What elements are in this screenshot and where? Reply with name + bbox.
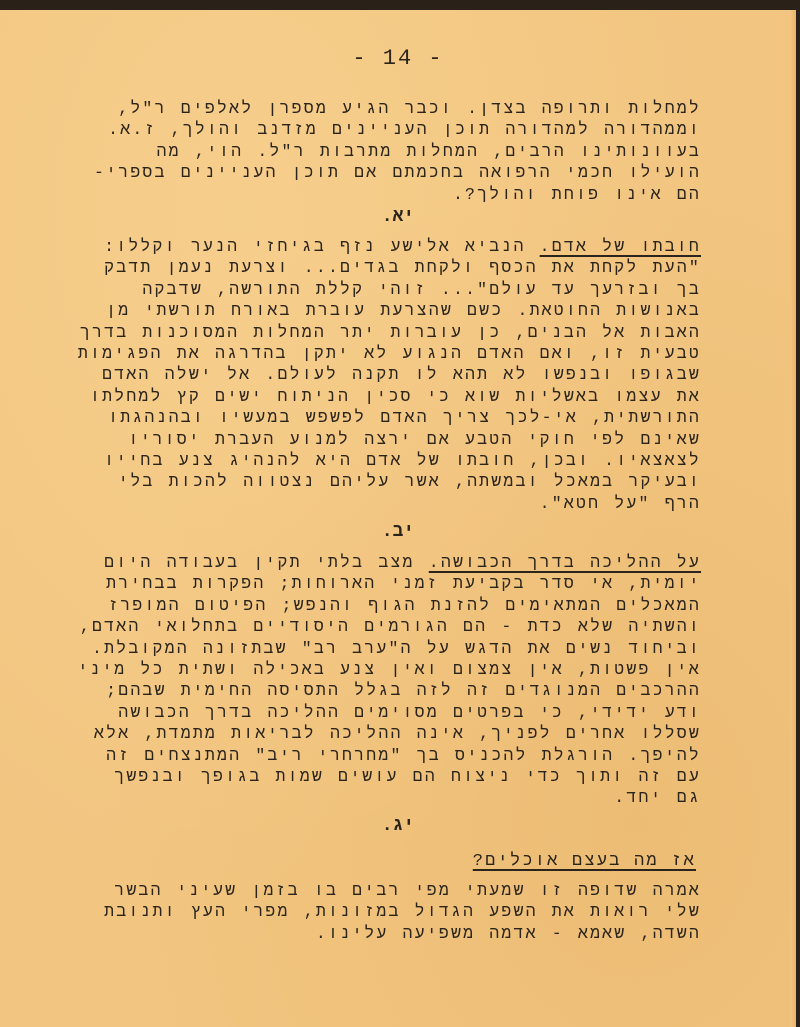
text-line: שלי רואות את השפע הגדול במזונות, מפרי הע… — [101, 901, 701, 922]
text-line: ההרכבים המנוגדים זה לזה בגלל התסיסה החימ… — [101, 680, 701, 701]
text-line: את עצמו באשליות שוא כי סכין הניתוח ישים … — [101, 386, 701, 407]
section-heading-11: יא. — [0, 207, 796, 227]
text-line: השדה, שאמא - אדמה משפיעה עלינו. — [101, 923, 701, 944]
text-line: בעוונותינו הרבים, המחלות מתרבות ר"ל. הוי… — [101, 141, 701, 162]
text-line: הרף "על חטא". — [101, 493, 701, 514]
text-line: הם אינו פוחת והולך?. — [101, 184, 701, 205]
section-title: חובתו של אדם. — [540, 237, 701, 256]
text-line: גם יחד. — [101, 787, 701, 808]
text-line: שבגופו ובנפשו לא תהא לו תקנה לעולם. אל י… — [101, 364, 701, 385]
page-number: - 14 - — [0, 46, 796, 71]
section-13-paragraph: אמרה שדופה זו שמעתי מפי רבים בו בזמן שעי… — [101, 880, 701, 944]
text-line: בך ובזרעך עד עולם"... זוהי קללת התורשה, … — [101, 279, 701, 300]
section-title: על ההליכה בדרך הכבושה. — [429, 553, 701, 572]
section-11-paragraph: חובתו של אדם. הנביא אלישע נזף בגיחזי הנע… — [101, 236, 701, 514]
text-line: הועילו חכמי הרפואה בחכמתם אם תוכן העניינ… — [101, 162, 701, 183]
text-line: עם זה ותוך כדי ניצוח הם עושים שמות בגופך… — [101, 766, 701, 787]
text-line: טבעית זו, ואם האדם הנגוע לא יתקן בהדרגה … — [101, 343, 701, 364]
text-line: האבות אל הבנים, כן עוברות יתר המחלות המס… — [101, 322, 701, 343]
section-heading-12: יב. — [0, 522, 796, 542]
text-fragment: הנביא אלישע נזף בגיחזי הנער וקללו: — [104, 237, 540, 256]
text-line: המאכלים המתאימים להזנת הגוף והנפש; הפיטו… — [101, 595, 701, 616]
text-line: "העת לקחת את הכסף ולקחת בגדים... וצרעת נ… — [101, 257, 701, 278]
text-line: וממהדורה למהדורה תוכן העניינים מזדנב והו… — [101, 119, 701, 140]
text-line: שאינם לפי חוקי הטבע אם ירצה למנוע העברת … — [101, 429, 701, 450]
text-line: חובתו של אדם. הנביא אלישע נזף בגיחזי הנע… — [101, 236, 701, 257]
text-line: על ההליכה בדרך הכבושה. מצב בלתי תקין בעב… — [101, 552, 701, 573]
section-heading-13: יג. — [0, 816, 796, 836]
section-12-paragraph: על ההליכה בדרך הכבושה. מצב בלתי תקין בעב… — [101, 552, 701, 809]
text-line: ובעיקר במאכל ובמשתה, אשר עליהם נצטווה לה… — [101, 471, 701, 492]
text-line: למחלות ותרופה בצדן. וכבר הגיע מספרן לאלפ… — [101, 98, 701, 119]
text-line: שסללו אחרים לפניך, אינה ההליכה לבריאות מ… — [101, 723, 701, 744]
text-line: והשתיה שלא כדת - הם הגורמים היסודיים בתח… — [101, 616, 701, 637]
text-line: ודע ידידי, כי בפרטים מסוימים ההליכה בדרך… — [101, 702, 701, 723]
page-edge — [790, 10, 796, 1027]
text-line: לצאצאיו. ובכן, חובתו של אדם היא להנהיג צ… — [101, 450, 701, 471]
text-line: להיפך. הורגלת להכניס בך "מחרחרי ריב" המת… — [101, 745, 701, 766]
text-line: יומית, אי סדר בקביעת זמני הארוחות; הפקרו… — [101, 573, 701, 594]
document-page: - 14 - למחלות ותרופה בצדן. וכבר הגיע מספ… — [0, 10, 796, 1027]
section-title: אז מה בעצם אוכלים? — [473, 852, 696, 871]
intro-paragraph: למחלות ותרופה בצדן. וכבר הגיע מספרן לאלפ… — [101, 98, 701, 205]
text-line: אמרה שדופה זו שמעתי מפי רבים בו בזמן שעי… — [101, 880, 701, 901]
text-line: התורשתית, אי-לכך צריך האדם לפשפש במעשיו … — [101, 407, 701, 428]
text-fragment: מצב בלתי תקין בעבודה היום — [104, 553, 429, 572]
text-line: אין פשטות, אין צמצום ואין צנע באכילה ושת… — [101, 659, 701, 680]
text-line: וביחוד נשים את הדגש על ה"ערב רב" שבתזונה… — [101, 638, 701, 659]
text-line: באנושות החוטאת. כשם שהצרעת עוברת באורח ת… — [101, 300, 701, 321]
